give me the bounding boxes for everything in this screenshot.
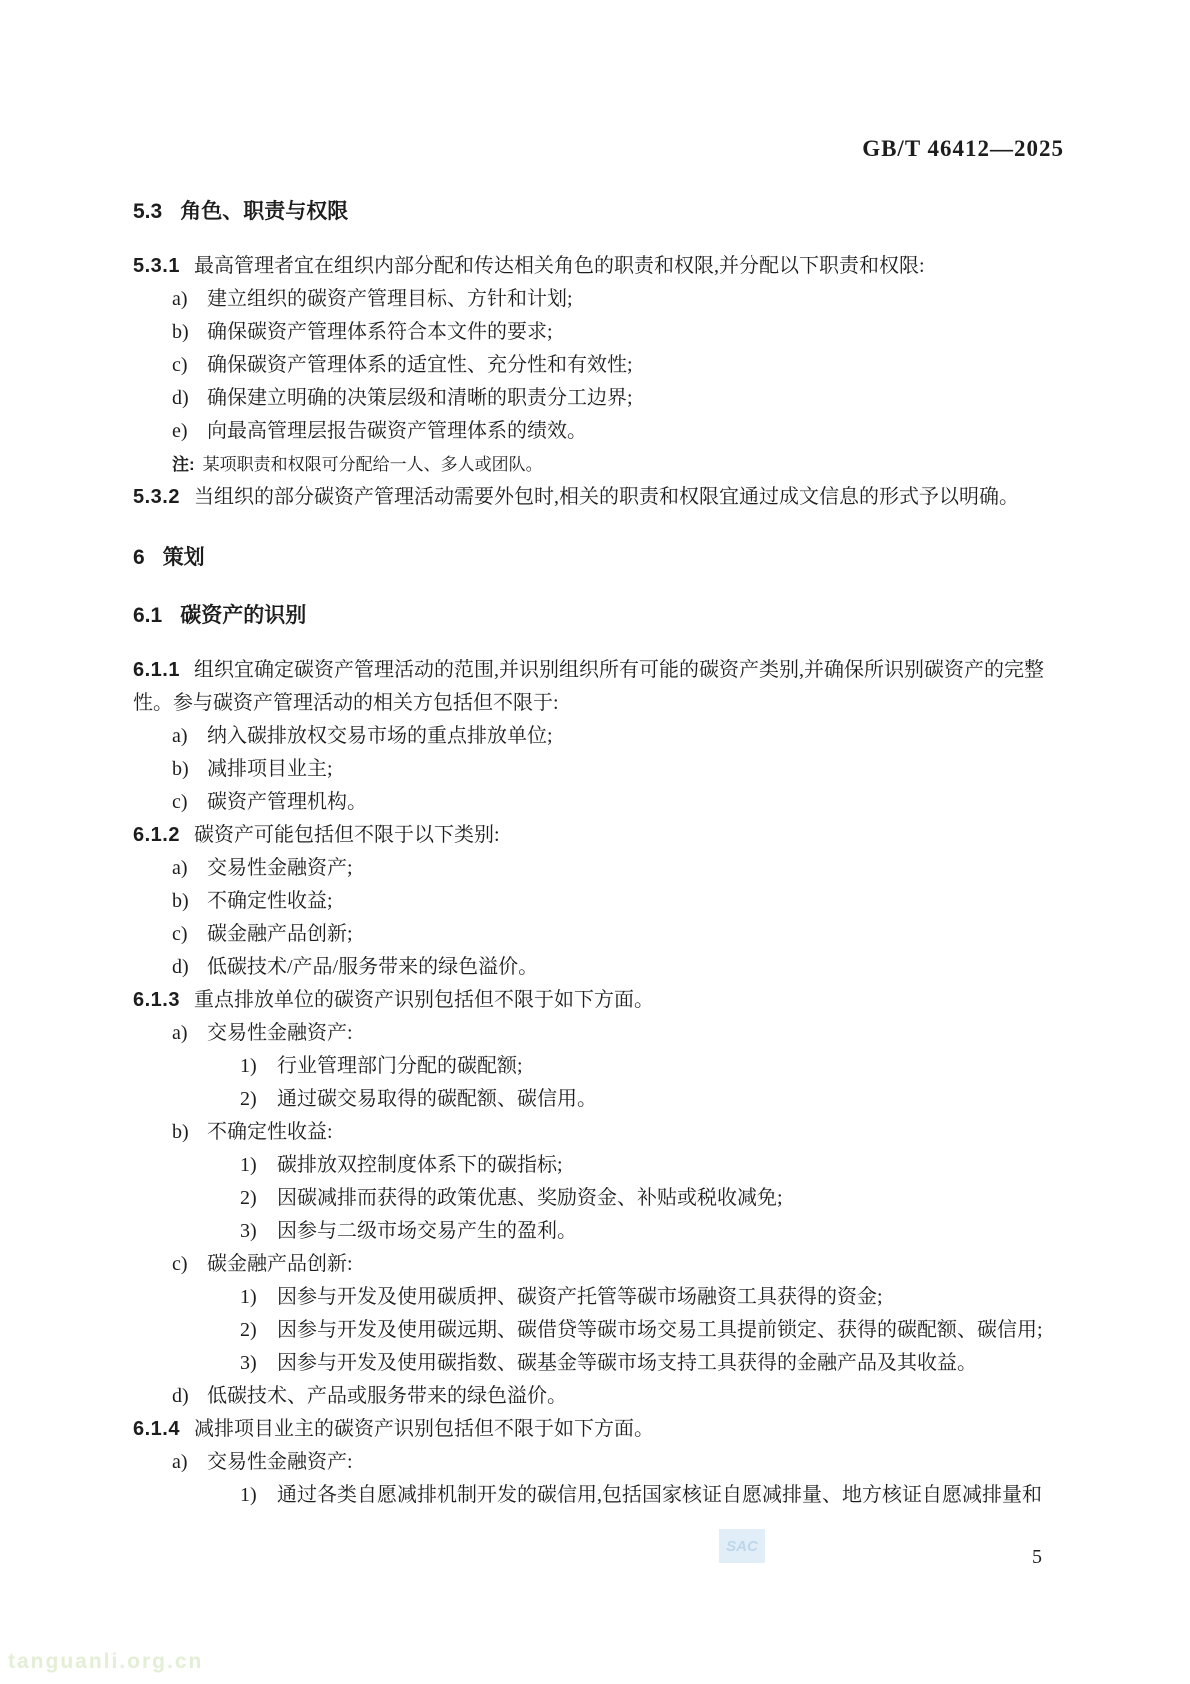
sub-item-text: 因参与开发及使用碳指数、碳基金等碳市场支持工具获得的金融产品及其收益。: [277, 1352, 977, 1374]
list-item-6-1-3-c: c)碳金融产品创新:: [133, 1248, 1064, 1281]
list-text: 碳金融产品创新:: [207, 1253, 353, 1275]
list-label: b): [172, 753, 189, 786]
standard-code: GB/T 46412—2025: [133, 136, 1064, 162]
clause-number: 6.1.3: [133, 989, 180, 1011]
list-label: a): [172, 1017, 188, 1050]
clause-number: 6.1.2: [133, 824, 180, 846]
clause-text: 组织宜确定碳资产管理活动的范围,并识别组织所有可能的碳资产类别,并确保所识别碳资…: [133, 659, 1044, 714]
sub-item-label: 3): [240, 1215, 257, 1248]
digital-stamp: SAC: [719, 1529, 765, 1563]
list-label: e): [172, 415, 188, 448]
list-text: 确保碳资产管理体系符合本文件的要求;: [207, 321, 553, 343]
clause-text: 当组织的部分碳资产管理活动需要外包时,相关的职责和权限宜通过成文信息的形式予以明…: [194, 486, 1019, 508]
note-text: 某项职责和权限可分配给一人、多人或团队。: [203, 455, 543, 474]
section-number: 5.3: [133, 200, 162, 223]
list-item-6-1-3-b: b)不确定性收益:: [133, 1116, 1064, 1149]
section-title: 策划: [163, 546, 205, 569]
list-label: b): [172, 316, 189, 349]
list-text: 碳金融产品创新;: [207, 923, 353, 945]
sub-item-6-1-3-b-2: 2)因碳减排而获得的政策优惠、奖励资金、补贴或税收减免;: [133, 1182, 1064, 1215]
clause-6-1-4: 6.1.4减排项目业主的碳资产识别包括但不限于如下方面。: [133, 1413, 1064, 1446]
list-text: 交易性金融资产:: [207, 1451, 353, 1473]
list-text: 不确定性收益:: [207, 1121, 333, 1143]
list-label: a): [172, 720, 188, 753]
clause-number: 6.1.1: [133, 659, 180, 681]
clause-6-1-3: 6.1.3重点排放单位的碳资产识别包括但不限于如下方面。: [133, 984, 1064, 1017]
sub-item-label: 1): [240, 1050, 257, 1083]
clause-5-3-1: 5.3.1最高管理者宜在组织内部分配和传达相关角色的职责和权限,并分配以下职责和…: [133, 250, 1064, 283]
sub-item-6-1-3-a-1: 1)行业管理部门分配的碳配额;: [133, 1050, 1064, 1083]
list-text: 建立组织的碳资产管理目标、方针和计划;: [207, 288, 573, 310]
list-label: a): [172, 1446, 188, 1479]
section-heading-5-3: 5.3角色、职责与权限: [133, 198, 1064, 226]
section-title: 碳资产的识别: [180, 604, 306, 627]
list-text: 不确定性收益;: [207, 890, 333, 912]
list-text: 纳入碳排放权交易市场的重点排放单位;: [207, 725, 553, 747]
sub-item-6-1-3-c-2: 2)因参与开发及使用碳远期、碳借贷等碳市场交易工具提前锁定、获得的碳配额、碳信用…: [133, 1314, 1064, 1347]
clause-6-1-2: 6.1.2碳资产可能包括但不限于以下类别:: [133, 819, 1064, 852]
sub-item-6-1-4-a-1: 1)通过各类自愿减排机制开发的碳信用,包括国家核证自愿减排量、地方核证自愿减排量…: [133, 1479, 1064, 1512]
list-text: 低碳技术/产品/服务带来的绿色溢价。: [207, 956, 538, 978]
site-watermark: tanguanli.org.cn: [8, 1650, 203, 1674]
clause-number: 5.3.1: [133, 255, 180, 277]
sub-item-text: 因参与二级市场交易产生的盈利。: [277, 1220, 577, 1242]
list-item-5-3-1-e: e)向最高管理层报告碳资产管理体系的绩效。: [133, 415, 1064, 448]
list-item-6-1-4-a: a)交易性金融资产:: [133, 1446, 1064, 1479]
list-text: 交易性金融资产;: [207, 857, 353, 879]
list-label: c): [172, 1248, 188, 1281]
sub-item-6-1-3-b-3: 3)因参与二级市场交易产生的盈利。: [133, 1215, 1064, 1248]
list-text: 碳资产管理机构。: [207, 791, 367, 813]
sub-item-label: 2): [240, 1182, 257, 1215]
sub-item-text: 因碳减排而获得的政策优惠、奖励资金、补贴或税收减免;: [277, 1187, 783, 1209]
sub-item-text: 碳排放双控制度体系下的碳指标;: [277, 1154, 563, 1176]
list-item-6-1-2-b: b)不确定性收益;: [133, 885, 1064, 918]
note-5-3-1: 注:某项职责和权限可分配给一人、多人或团队。: [133, 448, 1064, 481]
list-item-6-1-2-d: d)低碳技术/产品/服务带来的绿色溢价。: [133, 951, 1064, 984]
sub-item-text: 通过碳交易取得的碳配额、碳信用。: [277, 1088, 597, 1110]
section-title: 角色、职责与权限: [180, 200, 348, 223]
sub-item-6-1-3-c-1: 1)因参与开发及使用碳质押、碳资产托管等碳市场融资工具获得的资金;: [133, 1281, 1064, 1314]
clause-text: 减排项目业主的碳资产识别包括但不限于如下方面。: [194, 1418, 654, 1440]
list-text: 交易性金融资产:: [207, 1022, 353, 1044]
list-label: d): [172, 951, 189, 984]
list-label: a): [172, 852, 188, 885]
sub-item-label: 2): [240, 1314, 257, 1347]
list-item-6-1-1-a: a)纳入碳排放权交易市场的重点排放单位;: [133, 720, 1064, 753]
list-text: 确保碳资产管理体系的适宜性、充分性和有效性;: [207, 354, 633, 376]
list-item-5-3-1-c: c)确保碳资产管理体系的适宜性、充分性和有效性;: [133, 349, 1064, 382]
list-item-6-1-2-c: c)碳金融产品创新;: [133, 918, 1064, 951]
digital-stamp-text: SAC: [726, 1538, 758, 1555]
list-item-5-3-1-b: b)确保碳资产管理体系符合本文件的要求;: [133, 316, 1064, 349]
list-text: 确保建立明确的决策层级和清晰的职责分工边界;: [207, 387, 633, 409]
sub-item-text: 行业管理部门分配的碳配额;: [277, 1055, 523, 1077]
section-number: 6.1: [133, 604, 162, 627]
list-item-6-1-1-b: b)减排项目业主;: [133, 753, 1064, 786]
sub-item-label: 1): [240, 1479, 257, 1512]
list-label: b): [172, 885, 189, 918]
section-heading-6: 6策划: [133, 544, 1064, 572]
clause-number: 5.3.2: [133, 486, 180, 508]
sub-item-6-1-3-c-3: 3)因参与开发及使用碳指数、碳基金等碳市场支持工具获得的金融产品及其收益。: [133, 1347, 1064, 1380]
page-number: 5: [1032, 1546, 1042, 1569]
list-label: c): [172, 918, 188, 951]
clause-5-3-2: 5.3.2当组织的部分碳资产管理活动需要外包时,相关的职责和权限宜通过成文信息的…: [133, 481, 1064, 514]
sub-item-label: 2): [240, 1083, 257, 1116]
list-label: a): [172, 283, 188, 316]
sub-item-6-1-3-a-2: 2)通过碳交易取得的碳配额、碳信用。: [133, 1083, 1064, 1116]
clause-6-1-1: 6.1.1组织宜确定碳资产管理活动的范围,并识别组织所有可能的碳资产类别,并确保…: [133, 654, 1064, 720]
list-item-6-1-3-a: a)交易性金融资产:: [133, 1017, 1064, 1050]
sub-item-label: 1): [240, 1149, 257, 1182]
list-item-6-1-3-d: d)低碳技术、产品或服务带来的绿色溢价。: [133, 1380, 1064, 1413]
clause-text: 重点排放单位的碳资产识别包括但不限于如下方面。: [194, 989, 654, 1011]
section-heading-6-1: 6.1碳资产的识别: [133, 602, 1064, 630]
note-label: 注:: [172, 455, 195, 474]
list-text: 低碳技术、产品或服务带来的绿色溢价。: [207, 1385, 567, 1407]
clause-text: 碳资产可能包括但不限于以下类别:: [194, 824, 500, 846]
sub-item-label: 1): [240, 1281, 257, 1314]
list-item-5-3-1-a: a)建立组织的碳资产管理目标、方针和计划;: [133, 283, 1064, 316]
list-label: c): [172, 349, 188, 382]
list-label: c): [172, 786, 188, 819]
sub-item-text: 通过各类自愿减排机制开发的碳信用,包括国家核证自愿减排量、地方核证自愿减排量和: [277, 1484, 1042, 1506]
list-text: 向最高管理层报告碳资产管理体系的绩效。: [207, 420, 587, 442]
list-text: 减排项目业主;: [207, 758, 333, 780]
list-label: d): [172, 1380, 189, 1413]
list-label: d): [172, 382, 189, 415]
clause-number: 6.1.4: [133, 1418, 180, 1440]
list-label: b): [172, 1116, 189, 1149]
list-item-6-1-1-c: c)碳资产管理机构。: [133, 786, 1064, 819]
document-page: GB/T 46412—2025 5.3角色、职责与权限 5.3.1最高管理者宜在…: [0, 0, 1190, 1512]
sub-item-label: 3): [240, 1347, 257, 1380]
clause-text: 最高管理者宜在组织内部分配和传达相关角色的职责和权限,并分配以下职责和权限:: [194, 255, 925, 277]
list-item-5-3-1-d: d)确保建立明确的决策层级和清晰的职责分工边界;: [133, 382, 1064, 415]
section-number: 6: [133, 546, 145, 569]
sub-item-6-1-3-b-1: 1)碳排放双控制度体系下的碳指标;: [133, 1149, 1064, 1182]
sub-item-text: 因参与开发及使用碳远期、碳借贷等碳市场交易工具提前锁定、获得的碳配额、碳信用;: [277, 1319, 1043, 1341]
list-item-6-1-2-a: a)交易性金融资产;: [133, 852, 1064, 885]
sub-item-text: 因参与开发及使用碳质押、碳资产托管等碳市场融资工具获得的资金;: [277, 1286, 883, 1308]
